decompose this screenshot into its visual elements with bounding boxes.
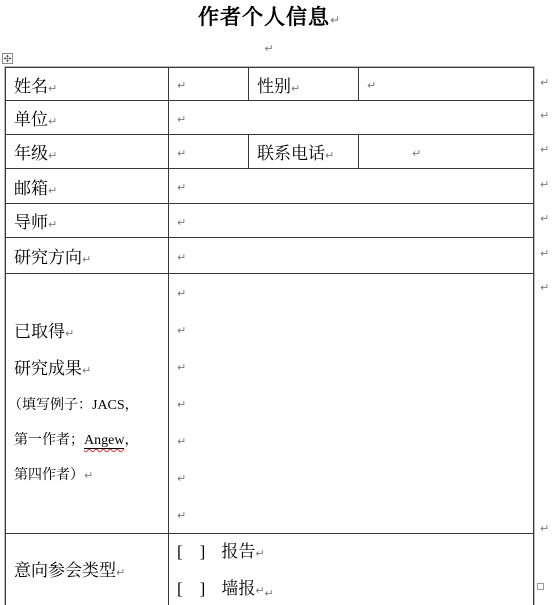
- cell-achievements-value[interactable]: ↵ ↵ ↵ ↵ ↵ ↵ ↵: [169, 274, 534, 534]
- row-name-gender: 姓名↵ ↵ 性别↵ ↵: [6, 68, 534, 101]
- table-move-handle[interactable]: [2, 53, 13, 64]
- paragraph-mark: ↵: [65, 327, 74, 340]
- cell-name-label[interactable]: 姓名↵: [6, 68, 169, 101]
- document-title: 作者个人信息↵: [5, 1, 533, 31]
- paragraph-mark: ↵: [367, 79, 376, 92]
- email-label: 邮箱: [14, 179, 48, 198]
- row-email: 邮箱↵ ↵: [6, 169, 534, 204]
- paragraph-mark: ↵: [177, 435, 186, 448]
- row-achievements: 已取得↵ 研究成果↵ （填写例子：JACS， 第一作者；Angew， 第四作者）…: [6, 274, 534, 534]
- end-of-row-mark: ↵: [540, 212, 549, 225]
- option-report[interactable]: [ ]报告↵: [177, 534, 531, 571]
- cell-research-direction-value[interactable]: ↵: [169, 238, 534, 274]
- end-of-row-mark: ↵: [540, 143, 549, 156]
- end-of-row-mark: ↵: [540, 281, 549, 294]
- cell-grade-value[interactable]: ↵: [169, 135, 249, 169]
- paragraph-mark: ↵: [48, 82, 57, 95]
- paragraph-mark: ↵: [84, 469, 93, 482]
- paragraph-mark: ↵: [255, 547, 264, 560]
- row-grade-phone: 年级↵ ↵ 联系电话↵ ↵: [6, 135, 534, 169]
- cell-unit-value[interactable]: ↵: [169, 101, 534, 135]
- checkbox-brackets[interactable]: [ ]: [177, 542, 205, 561]
- paragraph-mark: ↵: [48, 149, 57, 162]
- paragraph-mark: ↵: [177, 361, 186, 374]
- cell-gender-label[interactable]: 性别↵: [249, 68, 359, 101]
- cell-email-label[interactable]: 邮箱↵: [6, 169, 169, 204]
- paragraph-mark: ↵: [48, 218, 57, 231]
- row-research-direction: 研究方向↵ ↵: [6, 238, 534, 274]
- paragraph-mark: ↵: [177, 398, 186, 411]
- phone-label: 联系电话: [257, 144, 325, 163]
- paragraph-mark: ↵: [82, 253, 91, 266]
- end-of-row-mark: ↵: [540, 178, 549, 191]
- cell-phone-label[interactable]: 联系电话↵: [249, 135, 359, 169]
- empty-line: ↵: [177, 496, 531, 533]
- end-of-row-mark: ↵: [540, 109, 549, 122]
- empty-line: ↵: [177, 385, 531, 422]
- paragraph-mark: ↵: [177, 509, 186, 522]
- paragraph-mark: ↵: [264, 42, 273, 55]
- document-title-text: 作者个人信息: [198, 5, 330, 29]
- word-document-page: 作者个人信息↵ ↵ 姓名↵ ↵ 性别↵ ↵ 单位↵ ↵: [0, 0, 553, 605]
- cell-email-value[interactable]: ↵: [169, 169, 534, 204]
- paragraph-mark: ↵: [177, 113, 186, 126]
- research-direction-label: 研究方向: [14, 248, 82, 267]
- achievements-note-line1: （填写例子：JACS，: [8, 388, 166, 423]
- paragraph-mark: ↵: [330, 13, 340, 27]
- end-of-row-mark: ↵: [540, 76, 549, 89]
- cell-phone-value[interactable]: ↵: [359, 135, 534, 169]
- cell-gender-value[interactable]: ↵: [359, 68, 534, 101]
- paragraph-mark: ↵: [412, 147, 421, 160]
- advisor-label: 导师: [14, 213, 48, 232]
- end-of-row-mark: ↵: [540, 247, 549, 260]
- cell-research-direction-label[interactable]: 研究方向↵: [6, 238, 169, 274]
- unit-label: 单位: [14, 110, 48, 129]
- cell-unit-label[interactable]: 单位↵: [6, 101, 169, 135]
- option-report-label: 报告: [221, 542, 255, 561]
- cell-grade-label[interactable]: 年级↵: [6, 135, 169, 169]
- paragraph-mark: ↵: [177, 79, 186, 92]
- paragraph-mark: ↵: [177, 287, 186, 300]
- grade-label: 年级: [14, 144, 48, 163]
- paragraph-mark: ↵: [177, 324, 186, 337]
- empty-paragraph[interactable]: ↵: [5, 39, 533, 57]
- paragraph-mark: ↵: [264, 587, 273, 600]
- participation-type-label: 意向参会类型: [14, 561, 116, 580]
- paragraph-mark: ↵: [177, 216, 186, 229]
- achievements-label-line1: 已取得↵: [14, 314, 166, 351]
- empty-line: ↵: [177, 459, 531, 496]
- paragraph-mark: ↵: [177, 147, 186, 160]
- empty-paragraph[interactable]: ↵: [5, 584, 533, 602]
- paragraph-mark: ↵: [48, 184, 57, 197]
- end-of-row-mark: ↵: [540, 522, 549, 535]
- paragraph-mark: ↵: [325, 149, 334, 162]
- move-arrows-icon: [4, 55, 11, 62]
- empty-line: ↵: [177, 311, 531, 348]
- paragraph-mark: ↵: [116, 566, 125, 579]
- cell-advisor-label[interactable]: 导师↵: [6, 204, 169, 238]
- paragraph-mark: ↵: [48, 115, 57, 128]
- paragraph-mark: ↵: [177, 472, 186, 485]
- name-label: 姓名: [14, 77, 48, 96]
- empty-line: ↵: [177, 274, 531, 311]
- empty-line: ↵: [177, 422, 531, 459]
- cell-achievements-label[interactable]: 已取得↵ 研究成果↵ （填写例子：JACS， 第一作者；Angew， 第四作者）…: [6, 274, 169, 534]
- empty-line: ↵: [177, 348, 531, 385]
- achievements-note-line2: 第一作者；Angew，: [14, 423, 166, 458]
- paragraph-mark: ↵: [177, 181, 186, 194]
- cell-name-value[interactable]: ↵: [169, 68, 249, 101]
- cell-advisor-value[interactable]: ↵: [169, 204, 534, 238]
- achievements-label-line2: 研究成果↵: [14, 351, 166, 388]
- paragraph-mark: ↵: [177, 251, 186, 264]
- achievements-note-line3: 第四作者）↵: [14, 458, 166, 493]
- gender-label: 性别: [257, 77, 291, 96]
- row-unit: 单位↵ ↵: [6, 101, 534, 135]
- paragraph-mark: ↵: [82, 364, 91, 377]
- spellcheck-underlined-word: Angew: [84, 433, 124, 448]
- row-advisor: 导师↵ ↵: [6, 204, 534, 238]
- author-info-table: 姓名↵ ↵ 性别↵ ↵ 单位↵ ↵ 年级↵ ↵ 联系电话↵ ↵ 邮箱↵ ↵ 导师…: [5, 67, 534, 605]
- table-resize-handle[interactable]: [537, 583, 544, 590]
- paragraph-mark: ↵: [291, 82, 300, 95]
